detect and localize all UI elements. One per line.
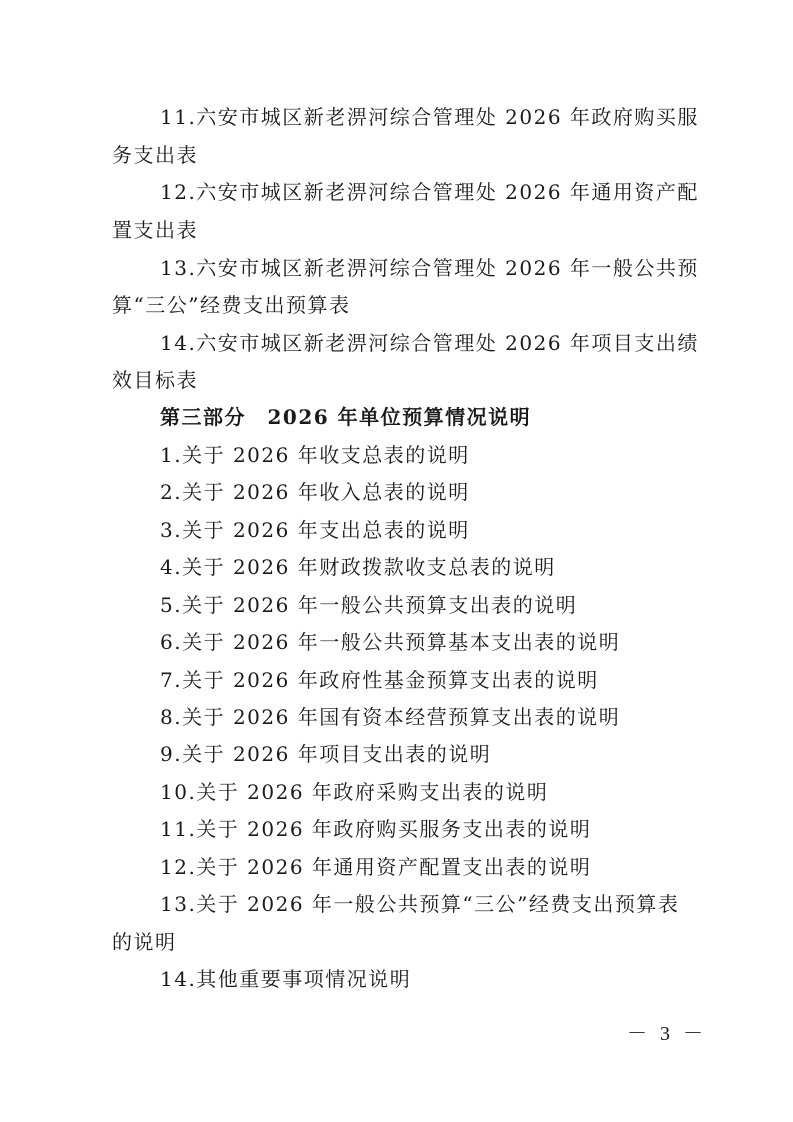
toc-item-14-line2: 效目标表: [112, 368, 198, 392]
toc-item-13-line2: 算“三公”经费支出预算表: [112, 293, 350, 317]
toc-item: 5.关于 2026 年一般公共预算支出表的说明: [160, 593, 577, 617]
toc-item: 1.关于 2026 年收支总表的说明: [160, 443, 470, 467]
toc-item: 11.关于 2026 年政府购买服务支出表的说明: [160, 817, 591, 841]
toc-item-13-line1: 13.六安市城区新老淠河综合管理处 2026 年一般公共预: [160, 256, 699, 280]
toc-item: 9.关于 2026 年项目支出表的说明: [160, 742, 491, 766]
toc-item: 13.关于 2026 年一般公共预算“三公”经费支出预算表: [160, 892, 679, 916]
toc-item-11-line1: 11.六安市城区新老淠河综合管理处 2026 年政府购买服: [160, 105, 699, 129]
toc-item: 10.关于 2026 年政府采购支出表的说明: [160, 780, 548, 804]
toc-item: 14.其他重要事项情况说明: [160, 967, 411, 991]
toc-item-11-line2: 务支出表: [112, 143, 198, 167]
toc-item: 3.关于 2026 年支出总表的说明: [160, 518, 470, 542]
toc-item: 7.关于 2026 年政府性基金预算支出表的说明: [160, 668, 599, 692]
toc-item: 4.关于 2026 年财政拨款收支总表的说明: [160, 555, 556, 579]
toc-item-12-line1: 12.六安市城区新老淠河综合管理处 2026 年通用资产配: [160, 180, 699, 204]
section-heading-part3: 第三部分 2026 年单位预算情况说明: [160, 405, 531, 429]
toc-item-continuation: 的说明: [112, 930, 177, 954]
toc-item: 8.关于 2026 年国有资本经营预算支出表的说明: [160, 705, 620, 729]
toc-item: 2.关于 2026 年收入总表的说明: [160, 480, 470, 504]
toc-item: 6.关于 2026 年一般公共预算基本支出表的说明: [160, 630, 620, 654]
toc-item: 12.关于 2026 年通用资产配置支出表的说明: [160, 855, 591, 879]
toc-item-14-line1: 14.六安市城区新老淠河综合管理处 2026 年项目支出绩: [160, 331, 699, 355]
page-number: － 3 －: [627, 1017, 707, 1046]
toc-item-12-line2: 置支出表: [112, 218, 198, 242]
